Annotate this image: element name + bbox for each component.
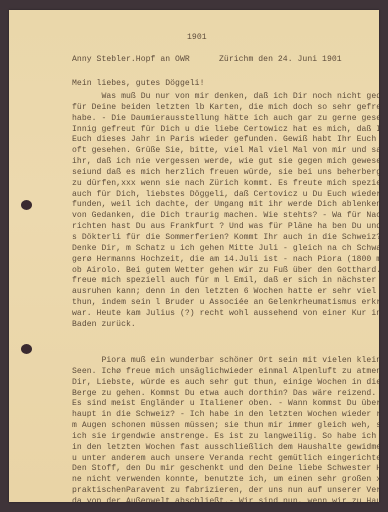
punch-hole-bottom: [21, 344, 32, 354]
salutation: Mein liebes, gutes Döggeli!: [72, 79, 205, 88]
text-line: freue mich speziell auch für m l Emil, d…: [72, 276, 379, 287]
text-line: m Augen schonen müssen müssen; sie thun …: [72, 421, 379, 432]
text-line: Innig gefreut für Dich u die liebe Certo…: [72, 125, 379, 136]
document-year: 1901: [187, 33, 207, 42]
paragraph-1: Was muß Du nur von mir denken, daß ich D…: [72, 92, 379, 331]
text-line: in den letzten Wochen fast ausschließlic…: [72, 443, 379, 454]
text-line: auch für Dich, liebstes Döggeli, daß Cer…: [72, 190, 379, 201]
text-line: Seen. Ichø freue mich unsäglichwieder ei…: [72, 367, 379, 378]
text-line: ausruhen kann; denn in den letzten 6 Woc…: [72, 287, 379, 298]
text-line: ne nicht verwenden konnte, benutzte ich,…: [72, 475, 379, 486]
text-line: Es sind meist Engländer u Italiener oben…: [72, 399, 379, 410]
text-line: richten hast Du aus Frankfurt ? Und was …: [72, 222, 379, 233]
text-line: zu dürfen,xxx wenn sie nach Zürich kommt…: [72, 179, 379, 190]
text-line: von Gedanken, die Dich traurig machen. W…: [72, 211, 379, 222]
text-line: da von der Außenwelt abschließt.- Wir si…: [72, 497, 379, 502]
text-line: seiund daß es mich herzlich freuen würde…: [72, 168, 379, 179]
text-line: praktischenParavent zu fabrizieren, der …: [72, 486, 379, 497]
text-line: gerø Hermanns Hochzeit, die am 14.Juli i…: [72, 255, 379, 266]
text-line: oft gesehen. Grüße Sie, bitte, viel Mal …: [72, 146, 379, 157]
place-date: Zürichm den 24. Juni 1901: [219, 55, 342, 64]
punch-hole-top: [21, 200, 32, 210]
text-line: habe. - Die Daumierausstellung hätte ich…: [72, 114, 379, 125]
text-line: Denke Dir, m Schatz u ich gehen Mitte Ju…: [72, 244, 379, 255]
text-line: s Dökterli für die Sommerferien? Kommt I…: [72, 233, 379, 244]
text-line: Berge zu gehen. Kommst Du etwa auch dort…: [72, 389, 379, 400]
text-line: ihr, daß ich nie vergessen werde, wie gu…: [72, 157, 379, 168]
text-line: ob Airolo. Bei gutem Wetter gehen wir zu…: [72, 266, 379, 277]
text-line: Piora muß ein wunderbar schöner Ort sein…: [72, 356, 379, 367]
text-line: thun, indem sein l Bruder u Associée an …: [72, 298, 379, 309]
sender-recipient: Anny Stebler.Hopf an OWR: [72, 55, 190, 64]
text-line: Baden zurück.: [72, 320, 379, 331]
text-line: haupt in die Schweiz? - Ich habe in den …: [72, 410, 379, 421]
text-line: funden, weil ich dachte, der Umgang mit …: [72, 200, 379, 211]
text-line: für Deine beiden letzten lb Karten, die …: [72, 103, 379, 114]
text-line: Dir, Liebste, würde es auch sehr gut thu…: [72, 378, 379, 389]
paragraph-2: Piora muß ein wunderbar schöner Ort sein…: [72, 356, 379, 502]
text-line: u unter anderem auch unsere Veranda rech…: [72, 454, 379, 465]
text-line: Den Stoff, den Du mir geschenkt und den …: [72, 464, 379, 475]
letter-page: 1901 Anny Stebler.Hopf an OWR Zürichm de…: [9, 10, 379, 502]
text-line: Was muß Du nur von mir denken, daß ich D…: [72, 92, 379, 103]
text-line: war. Heute kam Julius (?) recht wohl aus…: [72, 309, 379, 320]
text-line: Euch dieses Jahr in Paris wieder gefunde…: [72, 135, 379, 146]
text-line: ich sie irgendwie anstrenge. Es ist zu l…: [72, 432, 379, 443]
